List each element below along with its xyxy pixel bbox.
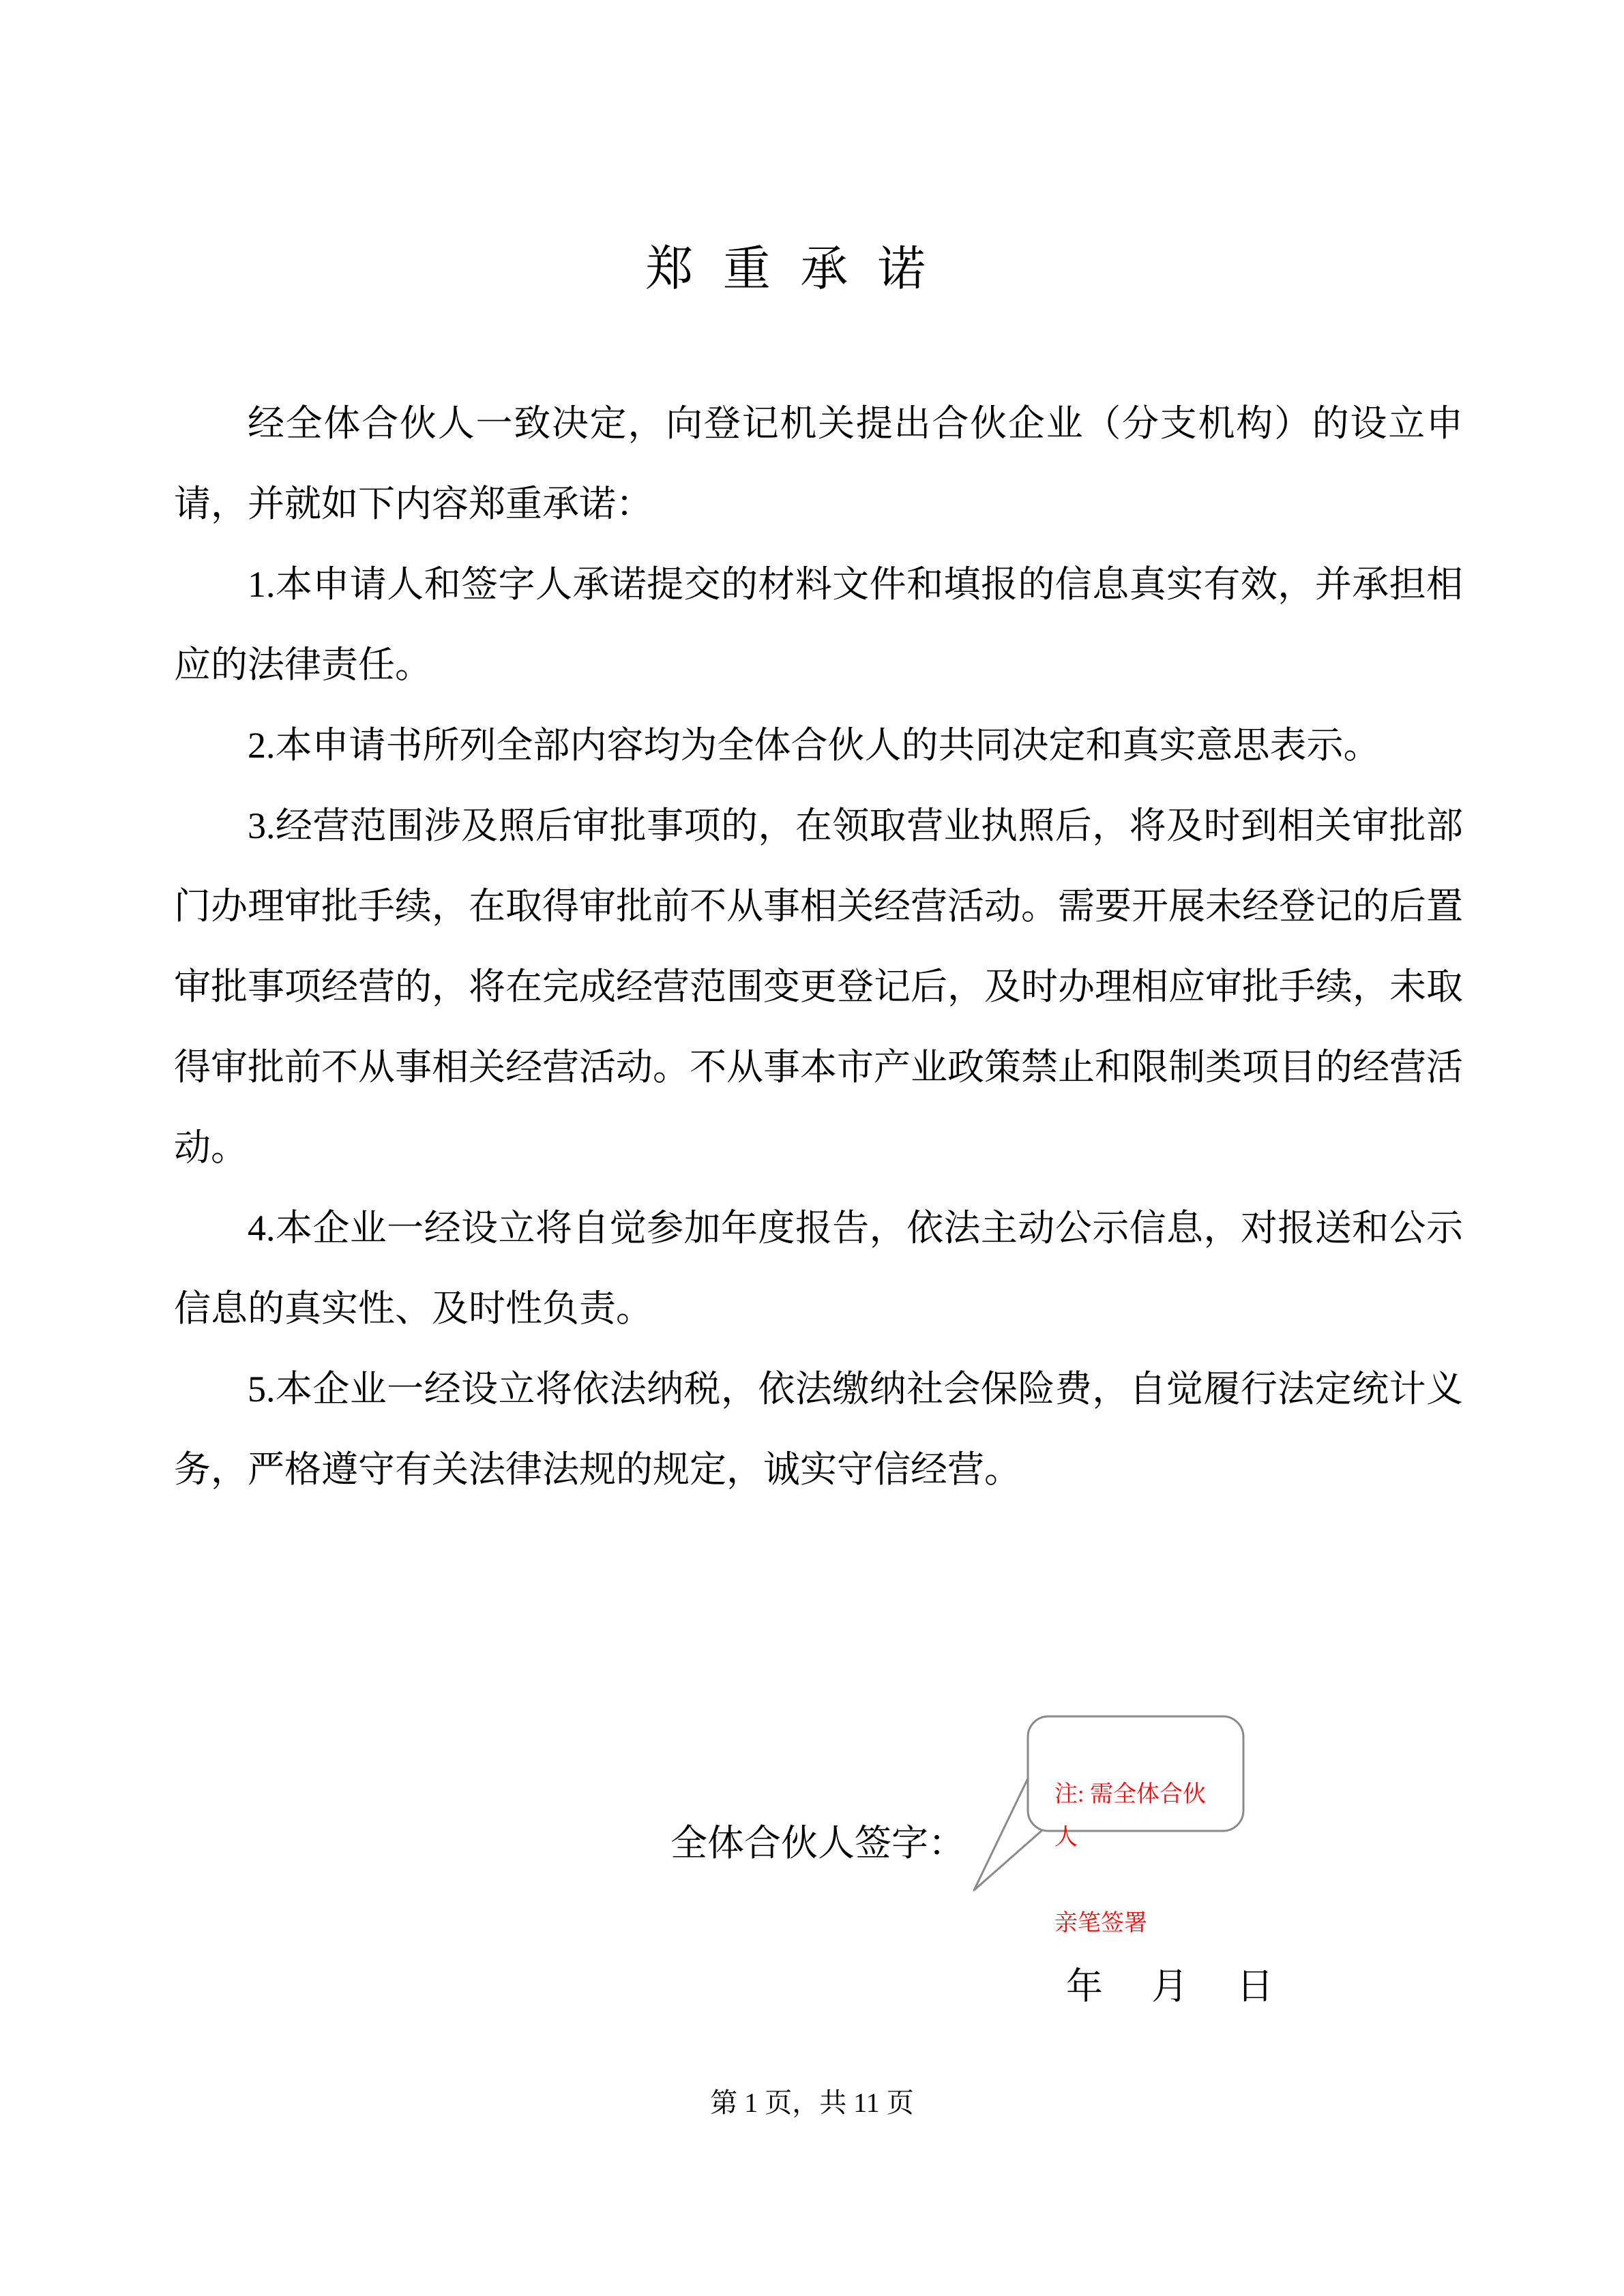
callout-note-line-1: 注: 需全体合伙人 <box>1054 1773 1225 1859</box>
page-number: 第 1 页，共 11 页 <box>0 2087 1624 2119</box>
commitment-item-1: 1.本申请人和签字人承诺提交的材料文件和填报的信息真实有效，并承担相应的法律责任… <box>174 544 1463 705</box>
date-line: 年 月 日 <box>1066 1968 1273 2005</box>
date-month-label: 月 <box>1151 1968 1188 2005</box>
intro-paragraph: 经全体合伙人一致决定，向登记机关提出合伙企业（分支机构）的设立申请，并就如下内容… <box>174 383 1463 544</box>
commitment-item-5: 5.本企业一经设立将依法纳税，依法缴纳社会保险费，自觉履行法定统计义务，严格遵守… <box>174 1349 1463 1510</box>
callout-note-line-2: 亲笔签署 <box>1054 1902 1225 1945</box>
commitment-item-4: 4.本企业一经设立将自觉参加年度报告，依法主动公示信息，对报送和公示信息的真实性… <box>174 1188 1463 1349</box>
date-day-label: 日 <box>1237 1968 1273 2005</box>
commitment-item-2: 2.本申请书所列全部内容均为全体合伙人的共同决定和真实意思表示。 <box>174 705 1463 786</box>
commitment-body: 经全体合伙人一致决定，向登记机关提出合伙企业（分支机构）的设立申请，并就如下内容… <box>174 383 1463 1510</box>
signature-label: 全体合伙人签字： <box>670 1822 965 1864</box>
date-year-label: 年 <box>1066 1968 1103 2005</box>
commitment-item-3: 3.经营范围涉及照后审批事项的，在领取营业执照后，将及时到相关审批部门办理审批手… <box>174 786 1463 1188</box>
page-title: 郑 重 承 诺 <box>0 239 1571 301</box>
callout-note-text: 注: 需全体合伙人 亲笔签署 <box>1054 1730 1225 1988</box>
document-page: 郑 重 承 诺 经全体合伙人一致决定，向登记机关提出合伙企业（分支机构）的设立申… <box>0 0 1624 2296</box>
